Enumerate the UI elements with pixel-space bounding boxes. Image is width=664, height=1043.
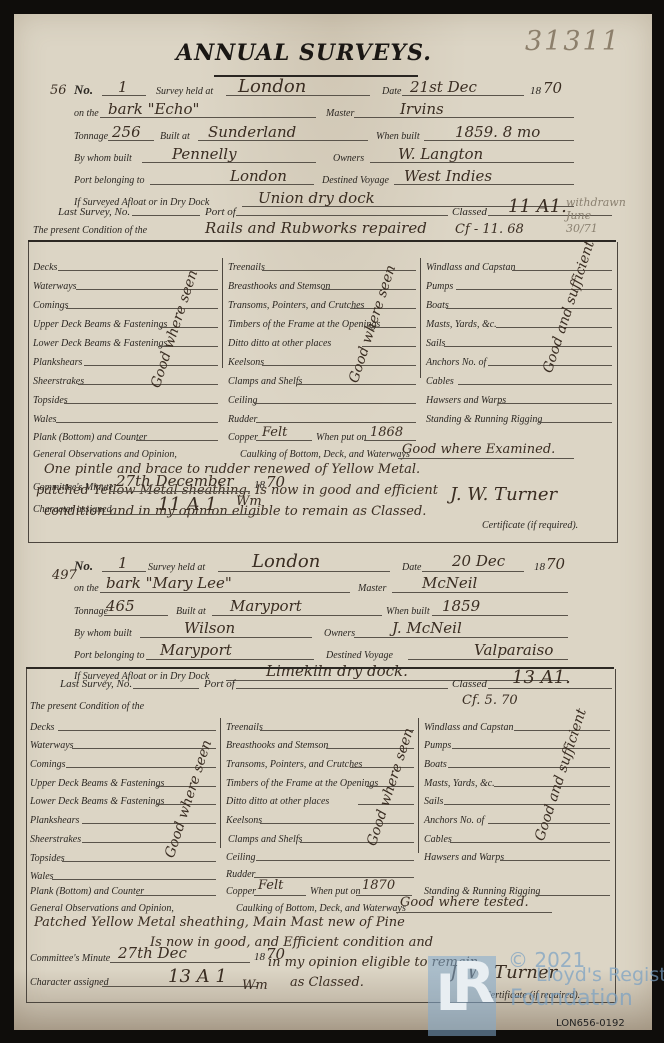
- item-timbers-other-2: Ditto ditto at other places: [226, 796, 329, 807]
- label-on-the: on the: [74, 108, 99, 119]
- built-at-2: Maryport: [230, 597, 302, 615]
- character-assigned-2: 13 A 1: [168, 966, 227, 987]
- copper-value: Felt: [262, 425, 287, 440]
- survey-no: 1: [118, 78, 128, 96]
- item-masts-yards: Masts, Yards, &c.: [426, 319, 497, 330]
- item-pumps: Pumps: [426, 281, 453, 292]
- label-when-built-2: When built: [386, 606, 430, 617]
- survey-held-at-2: London: [252, 551, 320, 572]
- builder-2: Wilson: [184, 619, 235, 637]
- item-wales-2: Wales: [30, 871, 54, 882]
- label-general-observations-2: General Observations and Opinion,: [30, 903, 174, 914]
- item-plankshears-2: Plankshears: [30, 815, 79, 826]
- observation-2-line-1: Patched Yellow Metal sheathing, Main Mas…: [34, 915, 405, 930]
- label-year: 18: [530, 85, 541, 97]
- port-belonging: London: [230, 167, 287, 185]
- label-built-at: Built at: [160, 131, 190, 142]
- label-character-assigned: Character assigned: [33, 504, 112, 515]
- label-present-condition: The present Condition of the: [33, 225, 147, 236]
- item-wales: Wales: [33, 414, 57, 425]
- item-boats: Boats: [426, 300, 449, 311]
- item-comings: Comings: [33, 300, 69, 311]
- label-last-survey-2: Last Survey, No.: [60, 678, 132, 690]
- label-committees-minute: Committee's Minute: [33, 482, 113, 493]
- surveyor-signature: J. W. Turner: [450, 484, 557, 505]
- item-sheerstrakes-2: Sheerstrakes: [30, 834, 81, 845]
- label-copper: Copper: [228, 432, 258, 443]
- label-when-put-on-2: When put on: [310, 886, 361, 897]
- label-year-2: 18: [534, 561, 545, 573]
- label-port-belonging-2: Port belonging to: [74, 650, 145, 661]
- item-pumps-2: Pumps: [424, 740, 451, 751]
- label-destined-voyage: Destined Voyage: [322, 175, 389, 186]
- label-no-2: No.: [74, 558, 93, 574]
- item-cables: Cables: [426, 376, 454, 387]
- label-tonnage-2: Tonnage: [74, 606, 108, 617]
- condition-note: Rails and Rubworks repaired: [205, 219, 427, 237]
- destined-voyage-2: Valparaiso: [474, 641, 553, 659]
- item-upper-deck-beams-2: Upper Deck Beams & Fastenings: [30, 778, 164, 789]
- observation-2-line-2: Is now in good, and Efficient condition …: [150, 935, 433, 950]
- character-initials: Wm: [236, 494, 262, 509]
- label-date: Date: [382, 86, 401, 97]
- label-general-observations: General Observations and Opinion,: [33, 449, 177, 460]
- label-port-belonging: Port belonging to: [74, 175, 145, 186]
- survey-held-at: London: [238, 76, 306, 97]
- item-breasthooks-2: Breasthooks and Stemson: [226, 740, 328, 751]
- label-last-survey: Last Survey, No.: [58, 206, 130, 218]
- owners: W. Langton: [398, 145, 483, 163]
- label-no: No.: [74, 82, 93, 98]
- item-waterways-2: Waterways: [30, 740, 74, 751]
- label-committees-minute-2: Committee's Minute: [30, 953, 110, 964]
- item-boats-2: Boats: [424, 759, 447, 770]
- item-transoms: Transoms, Pointers, and Crutches: [228, 300, 364, 311]
- margin-number: 56: [50, 83, 67, 98]
- item-treenails: Treenails: [228, 262, 265, 273]
- copper-year: 1868: [370, 425, 403, 440]
- label-present-condition-2: The present Condition of the: [30, 701, 144, 712]
- survey-no-2: 1: [118, 554, 128, 572]
- vessel-name: bark "Echo": [108, 100, 199, 118]
- item-keelsons: Keelsons: [228, 357, 264, 368]
- certificate-label: Certificate (if required).: [482, 520, 578, 531]
- item-timbers-other: Ditto ditto at other places: [228, 338, 331, 349]
- master-name: Irvins: [400, 100, 444, 118]
- when-built: 1859. 8 mo: [455, 123, 540, 141]
- label-caulking: Caulking of Bottom, Deck, and Waterways: [240, 449, 410, 460]
- label-classed: Classed: [452, 206, 487, 218]
- label-caulking-2: Caulking of Bottom, Deck, and Waterways: [236, 903, 406, 914]
- when-built-2: 1859: [442, 597, 480, 615]
- master-name-2: McNeil: [422, 574, 477, 592]
- character-assigned: 11 A 1: [158, 494, 217, 515]
- label-survey-held-at: Survey held at: [156, 86, 213, 97]
- committees-minute: 27th December: [116, 472, 234, 490]
- condition-cf: Cf - 11. 68: [455, 222, 524, 237]
- label-character-assigned-2: Character assigned: [30, 977, 109, 988]
- label-port-of-2: Port of: [204, 678, 235, 690]
- item-timbers-openings-2: Timbers of the Frame at the Openings: [226, 778, 378, 789]
- classed-2: 13 A1.: [512, 667, 571, 688]
- label-by-whom-built-2: By whom built: [74, 628, 132, 639]
- label-owners: Owners: [333, 153, 364, 164]
- item-breasthooks: Breasthooks and Stemson: [228, 281, 330, 292]
- committees-minute-2: 27th Dec: [118, 944, 187, 962]
- item-hawsers: Hawsers and Warps: [426, 395, 506, 406]
- committees-minute-year-2: 70: [266, 945, 285, 963]
- caulking-value-2: Good where tested.: [400, 895, 529, 910]
- survey-year-2: 70: [546, 555, 565, 573]
- classed: 11 A1.: [508, 196, 567, 217]
- copper-value-2: Felt: [258, 878, 283, 893]
- item-rudder-2: Rudder: [226, 869, 255, 880]
- item-keelsons-2: Keelsons: [226, 815, 262, 826]
- item-anchors: Anchors No. of: [426, 357, 486, 368]
- label-owners-2: Owners: [324, 628, 355, 639]
- classed-cf-2: Cf. 5. 70: [462, 693, 518, 708]
- item-masts-yards-2: Masts, Yards, &c.: [424, 778, 495, 789]
- item-anchors-2: Anchors No. of: [424, 815, 484, 826]
- caulking-value: Good where Examined.: [402, 442, 555, 457]
- item-plank-bottom-2: Plank (Bottom) and Counter: [30, 886, 144, 897]
- built-at: Sunderland: [208, 123, 296, 141]
- archive-id: LON656-0192: [556, 1018, 625, 1029]
- lr-logo-icon: LR: [428, 956, 496, 1036]
- character-initials-2: Wm: [242, 978, 268, 993]
- dock-location: Union dry dock: [258, 189, 375, 207]
- item-ceiling-2: Ceiling: [226, 852, 255, 863]
- label-year-minute: 18: [254, 479, 265, 491]
- item-topsides: Topsides: [33, 395, 68, 406]
- copper-year-2: 1870: [362, 878, 395, 893]
- label-classed-2: Classed: [452, 678, 487, 690]
- item-decks-2: Decks: [30, 722, 54, 733]
- watermark-line1: Lloyd's Register: [536, 964, 664, 986]
- label-on-the-2: on the: [74, 583, 99, 594]
- item-sheerstrakes: Sheerstrakes: [33, 376, 84, 387]
- tonnage-2: 465: [106, 597, 135, 615]
- label-master-2: Master: [358, 583, 386, 594]
- document-title: ANNUAL SURVEYS.: [176, 40, 432, 66]
- item-windlass-2: Windlass and Capstan: [424, 722, 513, 733]
- owners-2: J. McNeil: [392, 619, 462, 637]
- label-tonnage: Tonnage: [74, 131, 108, 142]
- classed-note: withdrawn June 30/71: [566, 196, 620, 235]
- observation-2-line-4: as Classed.: [290, 975, 364, 990]
- item-transoms-2: Transoms, Pointers, and Crutches: [226, 759, 362, 770]
- watermark-line2: Foundation: [510, 986, 633, 1011]
- item-timbers-openings: Timbers of the Frame at the Openings: [228, 319, 380, 330]
- label-by-whom-built: By whom built: [74, 153, 132, 164]
- item-cables-2: Cables: [424, 834, 452, 845]
- label-when-put-on: When put on: [316, 432, 367, 443]
- item-clamps: Clamps and Shelfs: [228, 376, 302, 387]
- item-decks: Decks: [33, 262, 57, 273]
- survey-date-2: 20 Dec: [452, 552, 505, 570]
- item-plankshears: Plankshears: [33, 357, 82, 368]
- item-treenails-2: Treenails: [226, 722, 263, 733]
- item-clamps-2: Clamps and Shelfs: [228, 834, 302, 845]
- item-lower-deck-beams: Lower Deck Beams & Fastenings: [33, 338, 167, 349]
- tonnage: 256: [112, 123, 141, 141]
- label-port-of: Port of: [205, 206, 236, 218]
- item-ceiling: Ceiling: [228, 395, 257, 406]
- survey-year: 70: [543, 79, 562, 97]
- destined-voyage: West Indies: [404, 167, 492, 185]
- builder: Pennelly: [172, 145, 237, 163]
- label-master: Master: [326, 108, 354, 119]
- item-rigging: Standing & Running Rigging: [426, 414, 542, 425]
- item-sails-2: Sails: [424, 796, 443, 807]
- item-upper-deck-beams: Upper Deck Beams & Fastenings: [33, 319, 167, 330]
- reference-number: 31311: [525, 26, 621, 57]
- label-built-at-2: Built at: [176, 606, 206, 617]
- item-topsides-2: Topsides: [30, 853, 65, 864]
- item-plank-bottom: Plank (Bottom) and Counter: [33, 432, 147, 443]
- committees-minute-year: 70: [266, 473, 285, 491]
- label-destined-voyage-2: Destined Voyage: [326, 650, 393, 661]
- label-when-built: When built: [376, 131, 420, 142]
- item-comings-2: Comings: [30, 759, 66, 770]
- item-hawsers-2: Hawsers and Warps: [424, 852, 504, 863]
- item-rudder: Rudder: [228, 414, 257, 425]
- label-copper-2: Copper: [226, 886, 256, 897]
- label-survey-held-at-2: Survey held at: [148, 562, 205, 573]
- port-belonging-2: Maryport: [160, 641, 232, 659]
- survey-date: 21st Dec: [410, 78, 477, 96]
- item-windlass: Windlass and Capstan: [426, 262, 515, 273]
- label-date-2: Date: [402, 562, 421, 573]
- item-sails: Sails: [426, 338, 445, 349]
- item-lower-deck-beams-2: Lower Deck Beams & Fastenings: [30, 796, 164, 807]
- vessel-name-2: bark "Mary Lee": [106, 574, 232, 592]
- item-waterways: Waterways: [33, 281, 77, 292]
- label-year-minute-2: 18: [254, 951, 265, 963]
